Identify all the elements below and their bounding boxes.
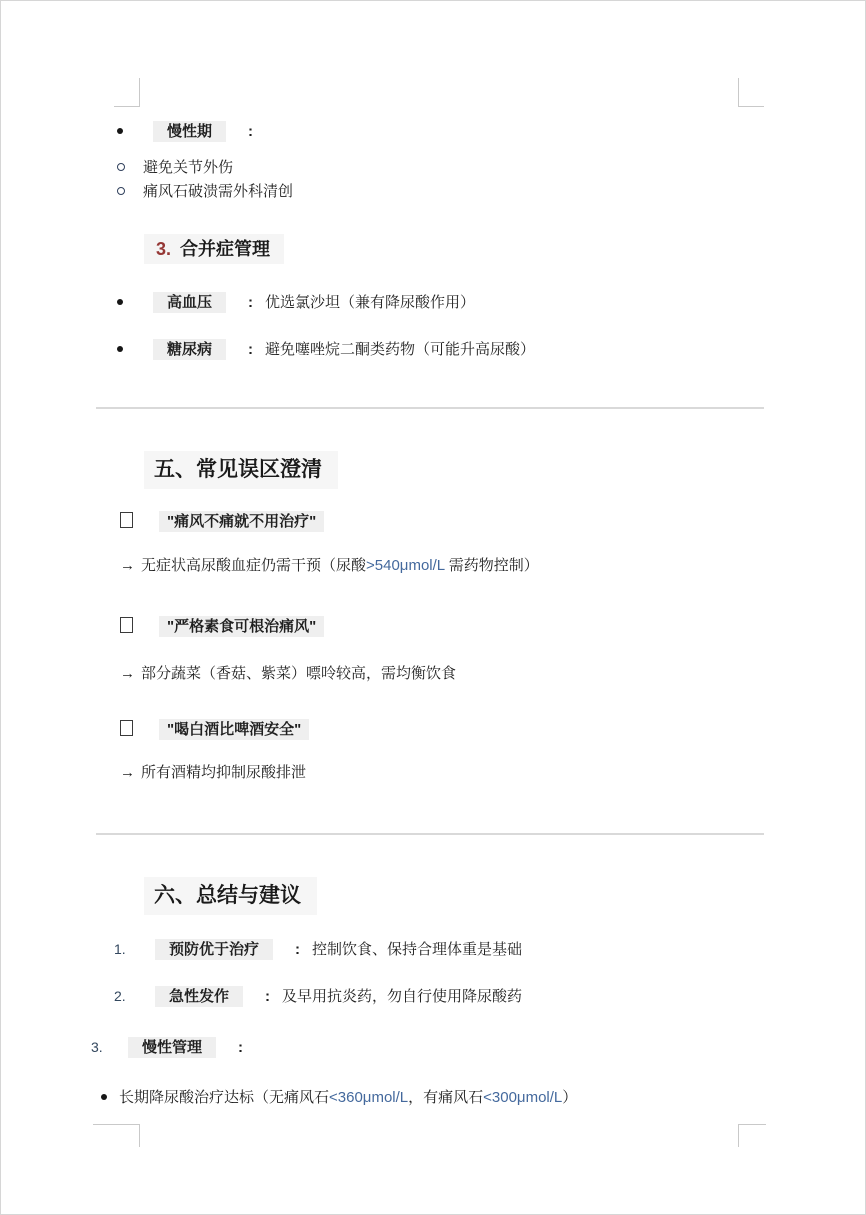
list-item: 慢性期: <box>117 121 253 143</box>
horizontal-rule <box>96 833 764 835</box>
section-heading-comorbidity: 3.合并症管理 <box>144 234 284 264</box>
text-boundary-corner-top-right <box>738 78 764 107</box>
term-colon: : <box>248 341 253 358</box>
term-label: 慢性管理 <box>128 1037 216 1058</box>
target-text: 长期降尿酸治疗达标（无痛风石 <box>119 1089 329 1106</box>
rebuttal-text: 无症状高尿酸血症仍需干预（尿酸 <box>141 557 366 574</box>
heading-text: 五、常见误区澄清 <box>154 458 322 481</box>
measure-value: >540μmol/L <box>366 557 445 574</box>
list-item: 避免关节外伤 <box>117 157 233 179</box>
term-label: 急性发作 <box>155 986 243 1007</box>
bullet-icon <box>117 299 123 305</box>
term-colon: : <box>248 294 253 311</box>
term-colon: : <box>265 988 270 1005</box>
arrow-icon: → <box>120 665 135 682</box>
list-number: 3. <box>91 1036 104 1058</box>
tofu-box-icon <box>120 617 133 633</box>
bullet-icon <box>101 1094 107 1100</box>
myth-rebuttal: →部分蔬菜（香菇、紫菜）嘌呤较高，需均衡饮食 <box>120 663 456 685</box>
horizontal-rule <box>96 407 764 409</box>
numbered-item: 2.急性发作:及早用抗炎药，勿自行使用降尿酸药 <box>114 985 522 1008</box>
heading-text: 合并症管理 <box>180 239 270 259</box>
term-colon: : <box>295 941 300 958</box>
measure-value: <360μmol/L <box>329 1089 408 1106</box>
arrow-icon: → <box>120 764 135 781</box>
text-boundary-corner-top-left <box>114 78 140 107</box>
target-text: ） <box>562 1089 577 1106</box>
bullet-icon <box>117 346 123 352</box>
term-colon: : <box>238 1039 243 1056</box>
term-label: 慢性期 <box>153 121 226 142</box>
myth-claim-item: "痛风不痛就不用治疗" <box>120 511 324 533</box>
bullet-icon <box>117 128 123 134</box>
list-number: 1. <box>114 938 127 960</box>
myth-claim: "喝白酒比啤酒安全" <box>159 719 309 740</box>
circle-bullet-icon <box>117 187 125 195</box>
numbered-item: 1.预防优于治疗:控制饮食、保持合理体重是基础 <box>114 938 522 961</box>
item-description: 及早用抗炎药，勿自行使用降尿酸药 <box>282 988 522 1005</box>
section-heading-myths: 五、常见误区澄清 <box>144 451 338 489</box>
list-number: 2. <box>114 985 127 1007</box>
list-item: 糖尿病:避免噻唑烷二酮类药物（可能升高尿酸） <box>117 339 535 361</box>
text-boundary-corner-bottom-right <box>738 1124 766 1147</box>
tofu-box-icon <box>120 512 133 528</box>
term-label: 预防优于治疗 <box>155 939 273 960</box>
tofu-box-icon <box>120 720 133 736</box>
text-boundary-corner-bottom-left <box>93 1124 140 1147</box>
sub-item-text: 避免关节外伤 <box>143 159 233 176</box>
myth-claim-item: "喝白酒比啤酒安全" <box>120 719 309 741</box>
list-item: 高血压:优选氯沙坦（兼有降尿酸作用） <box>117 292 475 314</box>
section-heading-summary: 六、总结与建议 <box>144 877 317 915</box>
rebuttal-text: 需药物控制） <box>445 557 539 574</box>
myth-claim-item: "严格素食可根治痛风" <box>120 616 324 638</box>
myth-rebuttal: →所有酒精均抑制尿酸排泄 <box>120 762 306 784</box>
heading-text: 六、总结与建议 <box>154 884 301 907</box>
list-item: 痛风石破溃需外科清创 <box>117 181 293 203</box>
rebuttal-text: 所有酒精均抑制尿酸排泄 <box>141 764 306 781</box>
term-colon: : <box>248 123 253 140</box>
sub-item-text: 痛风石破溃需外科清创 <box>143 183 293 200</box>
term-label: 高血压 <box>153 292 226 313</box>
item-description: 避免噻唑烷二酮类药物（可能升高尿酸） <box>265 341 535 358</box>
arrow-icon: → <box>120 557 135 574</box>
rebuttal-text: 部分蔬菜（香菇、紫菜）嘌呤较高，需均衡饮食 <box>141 665 456 682</box>
list-item: 长期降尿酸治疗达标（无痛风石<360μmol/L，有痛风石<300μmol/L） <box>101 1087 577 1109</box>
measure-value: <300μmol/L <box>483 1089 562 1106</box>
heading-number: 3. <box>156 239 171 259</box>
item-description: 控制饮食、保持合理体重是基础 <box>312 941 522 958</box>
target-text: ，有痛风石 <box>408 1089 483 1106</box>
myth-claim: "严格素食可根治痛风" <box>159 616 324 637</box>
term-label: 糖尿病 <box>153 339 226 360</box>
myth-rebuttal: →无症状高尿酸血症仍需干预（尿酸>540μmol/L 需药物控制） <box>120 555 539 577</box>
circle-bullet-icon <box>117 163 125 171</box>
numbered-item: 3.慢性管理: <box>91 1036 243 1059</box>
myth-claim: "痛风不痛就不用治疗" <box>159 511 324 532</box>
item-description: 优选氯沙坦（兼有降尿酸作用） <box>265 294 475 311</box>
document-page: 慢性期: 避免关节外伤 痛风石破溃需外科清创 3.合并症管理 高血压:优选氯沙坦… <box>0 0 866 1215</box>
